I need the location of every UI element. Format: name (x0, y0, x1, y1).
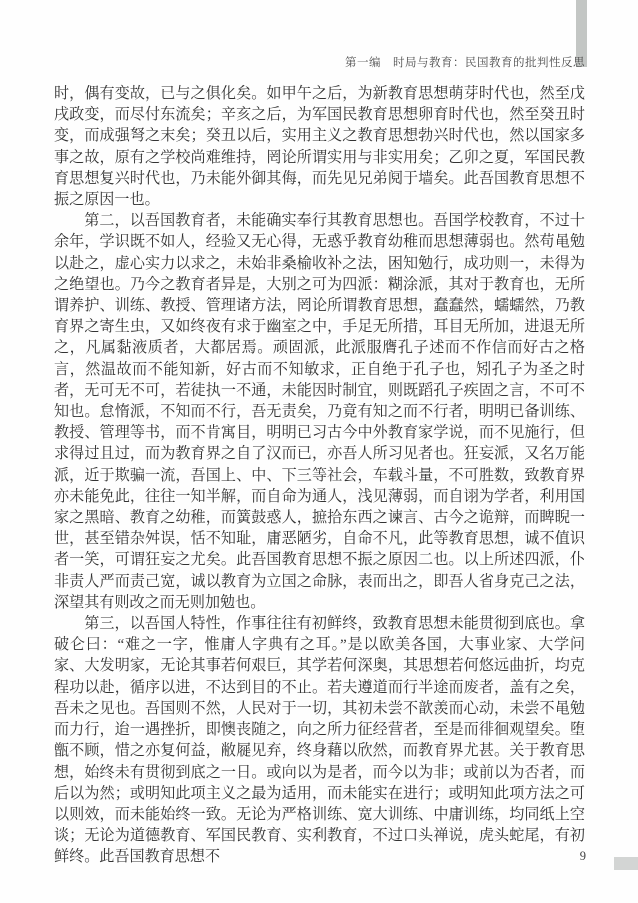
running-header: 第一编 时局与教育：民国教育的批判性反思 (54, 54, 585, 70)
body-paragraph: 第二，以吾国教育者，未能确实奉行其教育思想也。吾国学校教育，不过十余年，学识既不… (54, 211, 585, 614)
page-corner-marker (614, 857, 638, 870)
body-paragraph: 时，偶有变故，已与之俱化矣。如甲午之后，为新教育思想萌芽时代也，然至戊戌政变，而… (54, 84, 585, 211)
page-body-text: 时，偶有变故，已与之俱化矣。如甲午之后，为新教育思想萌芽时代也，然至戊戌政变，而… (54, 84, 585, 869)
page-number: 9 (580, 849, 586, 864)
body-paragraph: 第三，以吾国人特性，作事往往有初鲜终，致教育思想未能贯彻到底也。拿破仑曰：“难之… (54, 614, 585, 868)
book-page: 第一编 时局与教育：民国教育的批判性反思 时，偶有变故，已与之俱化矣。如甲午之后… (0, 0, 638, 903)
